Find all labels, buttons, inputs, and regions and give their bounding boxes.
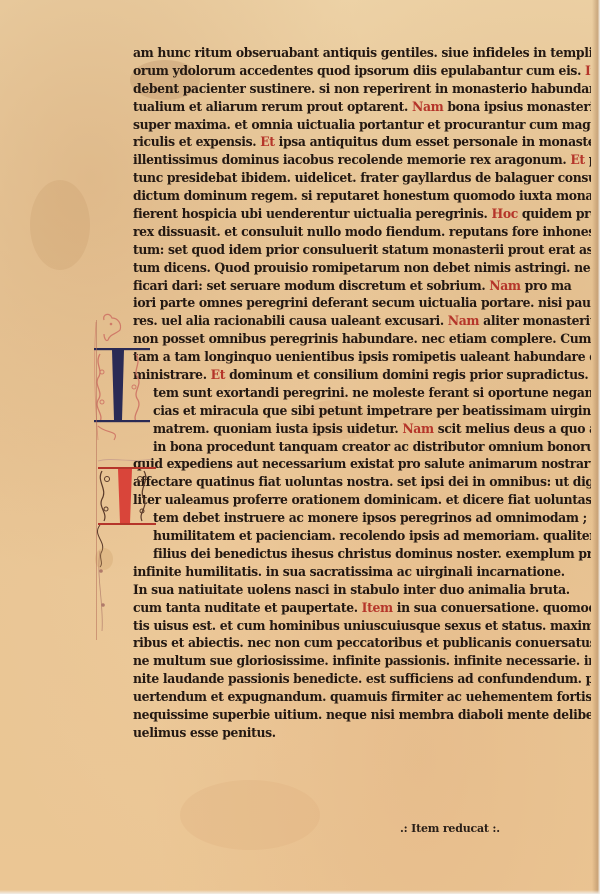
word: dominus bbox=[222, 152, 283, 168]
word: nite bbox=[133, 671, 163, 687]
text-line: tem sunt exortandi peregrini. ne moleste… bbox=[133, 383, 591, 402]
text-line: super maxima. et omnia uictualia portant… bbox=[133, 115, 591, 134]
word: peregrini. bbox=[283, 385, 352, 401]
word: omnimodam bbox=[496, 510, 583, 526]
word: animarum bbox=[468, 456, 541, 472]
word: monere bbox=[308, 510, 363, 526]
word: prebuit bbox=[578, 546, 591, 562]
word: ad bbox=[443, 528, 463, 544]
word: tam bbox=[174, 349, 204, 365]
word: habundare. bbox=[342, 331, 422, 347]
word: ualeant bbox=[460, 349, 514, 365]
word: tunc bbox=[133, 170, 167, 186]
word: distributor bbox=[413, 438, 489, 454]
word: debet bbox=[433, 259, 474, 275]
word: et bbox=[220, 617, 237, 633]
word: inter bbox=[403, 581, 439, 597]
word: creator bbox=[342, 438, 394, 454]
word: uoluntas bbox=[285, 474, 347, 490]
word: in bbox=[522, 134, 539, 150]
word: pacienciam. bbox=[256, 528, 340, 544]
word: aliter bbox=[483, 313, 522, 329]
word: quomodo bbox=[543, 599, 591, 615]
word: fiat bbox=[508, 492, 534, 508]
word: portantur bbox=[359, 116, 427, 132]
word: monasterium bbox=[556, 188, 591, 204]
word: ribus bbox=[133, 635, 171, 651]
text-line: riculis et expensis. Et ipsa antiquitus … bbox=[133, 133, 591, 152]
word: cum bbox=[529, 116, 562, 132]
word: et bbox=[410, 277, 427, 293]
word: paupe bbox=[566, 295, 591, 311]
word: personale bbox=[453, 134, 522, 150]
word: portare. bbox=[481, 295, 538, 311]
word: conuersatione. bbox=[441, 599, 543, 615]
word: et bbox=[179, 134, 196, 150]
word: idem bbox=[229, 241, 266, 257]
word: gentiles. bbox=[381, 45, 442, 61]
word: nisi bbox=[371, 707, 399, 723]
word: monasterio. bbox=[539, 134, 591, 150]
catchword: .: Item reducat :. bbox=[400, 822, 500, 835]
word: nec bbox=[574, 259, 591, 275]
word: optarent. bbox=[347, 98, 412, 114]
word: et bbox=[427, 116, 444, 132]
word: sunt bbox=[183, 385, 216, 401]
word: aragonum. bbox=[495, 152, 571, 168]
word: et bbox=[189, 98, 206, 114]
word: tem bbox=[153, 385, 183, 401]
word: consilium bbox=[313, 367, 382, 383]
word: omnium bbox=[488, 438, 547, 454]
word: diaboli bbox=[458, 707, 507, 723]
text-line: In sua natiuitate uolens nasci in stabul… bbox=[133, 580, 591, 599]
word: alia bbox=[186, 313, 214, 329]
word: antiquis bbox=[323, 45, 381, 61]
text-line: filius dei benedictus ihesus christus do… bbox=[133, 544, 591, 563]
word: fiat bbox=[258, 474, 284, 490]
word: dari: bbox=[172, 277, 207, 293]
text-line: tem debet instruere ac monere ipsos pere… bbox=[133, 509, 591, 528]
word: salute bbox=[424, 456, 468, 472]
text-line: nequissime superbie uitium. neque nisi m… bbox=[133, 706, 591, 725]
word: set bbox=[206, 277, 230, 293]
word: dum bbox=[382, 134, 416, 150]
text-line: liter ualeamus proferre orationem domini… bbox=[133, 491, 591, 510]
word: ac bbox=[394, 438, 413, 454]
word: fore bbox=[512, 224, 543, 240]
text-line: illentissimus dominus iacobus recolende … bbox=[133, 151, 591, 170]
word: diis bbox=[413, 62, 441, 78]
word: omnibus bbox=[209, 331, 270, 347]
word: et bbox=[171, 635, 188, 651]
word: ipsis bbox=[358, 349, 392, 365]
word: infinite bbox=[454, 653, 506, 669]
word: romipetis bbox=[392, 349, 459, 365]
word: longinquo bbox=[204, 349, 275, 365]
parchment-stain bbox=[180, 780, 320, 850]
word: infinite bbox=[332, 653, 384, 669]
word: peccatoribus bbox=[337, 635, 426, 651]
word: uenderentur bbox=[266, 206, 353, 222]
word: si bbox=[301, 188, 316, 204]
rubricated-word: Et bbox=[570, 152, 588, 168]
word: expediens bbox=[167, 456, 237, 472]
word: eisdem bbox=[589, 349, 591, 365]
word: nimis bbox=[474, 259, 515, 275]
word: aut bbox=[236, 456, 262, 472]
rubricated-word: Et bbox=[211, 367, 229, 383]
word: benedictus bbox=[214, 546, 291, 562]
rubricated-word: Et bbox=[260, 134, 278, 150]
word: ihesus bbox=[291, 546, 337, 562]
word: beatissimam bbox=[462, 402, 550, 418]
word: nec bbox=[247, 635, 274, 651]
word: quamuis bbox=[330, 689, 391, 705]
word: laudande bbox=[163, 671, 228, 687]
word: ipsi bbox=[421, 474, 449, 490]
word: excusari. bbox=[385, 313, 448, 329]
word: tum: bbox=[133, 241, 168, 257]
decorated-initial-red bbox=[92, 455, 162, 635]
word: omnia bbox=[251, 116, 296, 132]
word: prior bbox=[589, 152, 591, 168]
word: publicanis bbox=[443, 635, 515, 651]
word: sua bbox=[283, 563, 310, 579]
word: supradictus. bbox=[506, 367, 591, 383]
word: ; bbox=[583, 510, 587, 526]
word: ferant bbox=[429, 385, 473, 401]
word: si bbox=[473, 385, 488, 401]
word: uolens bbox=[247, 581, 295, 597]
word: consuluit bbox=[241, 224, 307, 240]
word: quod bbox=[191, 241, 228, 257]
text-line: tunc presidebat ibidem. uidelicet. frate… bbox=[133, 169, 591, 188]
word: matrem. bbox=[153, 420, 213, 436]
word: ac bbox=[397, 563, 416, 579]
word: ipsos bbox=[362, 510, 400, 526]
word: regis bbox=[433, 367, 470, 383]
word: esse bbox=[190, 724, 222, 740]
word: fortissime bbox=[557, 689, 591, 705]
word: inhonestum bbox=[542, 224, 591, 240]
word: ipsis bbox=[312, 420, 346, 436]
text-line: affectare quatinus fiat uoluntas nostra.… bbox=[133, 473, 591, 492]
word: dictum bbox=[133, 188, 184, 204]
word: de bbox=[475, 170, 495, 186]
word: ritum bbox=[195, 45, 236, 61]
text-line: infinite humilitatis. in sua sacratissim… bbox=[133, 562, 591, 581]
word: posset bbox=[162, 331, 208, 347]
word: moleste bbox=[372, 385, 428, 401]
word: procedunt bbox=[207, 438, 279, 454]
page-edge bbox=[592, 0, 600, 894]
word: in bbox=[266, 563, 283, 579]
text-line: res. uel alia racionabili causa ualeant … bbox=[133, 312, 591, 331]
word: in bbox=[533, 45, 550, 61]
word: memorie bbox=[407, 152, 470, 168]
word: ad bbox=[476, 510, 496, 526]
text-column: am hunc ritum obseruabant antiquis genti… bbox=[133, 44, 591, 742]
word: est. bbox=[192, 617, 219, 633]
word: esset bbox=[415, 134, 453, 150]
text-line: am hunc ritum obseruabant antiquis genti… bbox=[133, 44, 591, 63]
word: recolende bbox=[338, 152, 407, 168]
word: set bbox=[168, 241, 192, 257]
word: discretum bbox=[339, 277, 410, 293]
word: balaguer bbox=[495, 170, 558, 186]
word: dissuasit. bbox=[158, 224, 225, 240]
word: uidelicet. bbox=[295, 170, 361, 186]
word: sexus bbox=[444, 617, 484, 633]
decorated-initial-blue bbox=[92, 312, 154, 442]
word: uenientibus bbox=[275, 349, 358, 365]
text-line: ministrare. Et dominum et consilium domi… bbox=[133, 366, 591, 385]
word: causa bbox=[289, 313, 331, 329]
word: natiuitate bbox=[178, 581, 247, 597]
word: iacobus bbox=[283, 152, 338, 168]
word: monasterii bbox=[527, 98, 591, 114]
word: sua bbox=[414, 599, 441, 615]
word: ipsorum bbox=[354, 62, 413, 78]
word: ut bbox=[555, 474, 573, 490]
rubricated-word: Nam bbox=[412, 98, 447, 114]
word: existat bbox=[350, 456, 398, 472]
text-line: rex dissuasit. et consuluit nullo modo f… bbox=[133, 222, 591, 241]
word: templis bbox=[550, 45, 591, 61]
word: uirginem bbox=[550, 402, 591, 418]
flourish-icon bbox=[92, 455, 162, 635]
word: nuditate bbox=[204, 599, 264, 615]
word: cum bbox=[237, 617, 270, 633]
word: non bbox=[404, 259, 433, 275]
word: monasterio bbox=[452, 80, 531, 96]
word: modo bbox=[345, 224, 386, 240]
word: uehementem bbox=[466, 689, 557, 705]
word: hominibus bbox=[269, 617, 343, 633]
word: peregrinis bbox=[270, 331, 342, 347]
word: et bbox=[224, 224, 241, 240]
text-line: tualium et aliarum rerum prout optarent.… bbox=[133, 97, 591, 116]
word: et bbox=[211, 689, 228, 705]
word: set bbox=[397, 474, 421, 490]
word: omnes bbox=[199, 295, 246, 311]
word: deliberata bbox=[553, 707, 591, 723]
word: qualiter bbox=[543, 528, 591, 544]
word: riculis bbox=[133, 134, 179, 150]
word: quatinus bbox=[196, 474, 258, 490]
word: uictualia bbox=[353, 206, 415, 222]
word: ubi bbox=[241, 206, 266, 222]
word: miracula bbox=[200, 402, 263, 418]
word: in bbox=[397, 599, 414, 615]
word: domini bbox=[382, 367, 432, 383]
word: dei bbox=[190, 546, 214, 562]
word: firmiter bbox=[391, 689, 447, 705]
word: ydolorum bbox=[172, 62, 239, 78]
word: deus bbox=[514, 420, 549, 436]
word: astringi. bbox=[515, 259, 574, 275]
text-line: uertendum et expugnandum. quamuis firmit… bbox=[133, 688, 591, 707]
word: uoluntas bbox=[534, 492, 591, 508]
word: superbie bbox=[212, 707, 273, 723]
word: monasterii bbox=[432, 241, 507, 257]
word: ipsa bbox=[279, 134, 310, 150]
word: mente bbox=[507, 707, 553, 723]
word: statum bbox=[382, 241, 432, 257]
word: quo bbox=[560, 420, 589, 436]
word: gayllardus bbox=[402, 170, 475, 186]
word: memoriam. bbox=[463, 528, 543, 544]
text-line: cias et miracula que sibi petunt impetra… bbox=[133, 401, 591, 420]
word: iuxta bbox=[519, 188, 556, 204]
word: maxima. bbox=[174, 116, 234, 132]
word: stabulo bbox=[350, 581, 403, 597]
word: rex bbox=[133, 224, 158, 240]
word: debent bbox=[133, 80, 183, 96]
word: sacratissima bbox=[310, 563, 397, 579]
word: ne bbox=[133, 653, 153, 669]
word: illentissimus bbox=[133, 152, 222, 168]
word: sue bbox=[210, 653, 237, 669]
word: super bbox=[133, 116, 174, 132]
word: uictualia bbox=[419, 295, 481, 311]
word: duo bbox=[439, 581, 468, 597]
word: necessarium bbox=[262, 456, 350, 472]
word: status. bbox=[502, 617, 550, 633]
page-edge bbox=[0, 890, 600, 894]
word: ac bbox=[589, 420, 591, 436]
word: habundanciam bbox=[531, 80, 591, 96]
word: conuersatus bbox=[515, 635, 591, 651]
word: nisi bbox=[538, 295, 566, 311]
word: ad bbox=[457, 671, 477, 687]
word: siue bbox=[441, 45, 472, 61]
rubricated-word: Item bbox=[585, 62, 591, 78]
text-line: ribus et abiectis. nec non cum peccatori… bbox=[133, 634, 591, 653]
word: exortandi bbox=[216, 385, 283, 401]
word: eis. bbox=[559, 62, 585, 78]
text-line: cum tanta nuditate et paupertate. Item i… bbox=[133, 598, 591, 617]
word: nec bbox=[421, 331, 448, 347]
word: consuluerit bbox=[303, 241, 382, 257]
word: prout bbox=[307, 98, 347, 114]
word: multum bbox=[153, 653, 210, 669]
word: fiendum. bbox=[386, 224, 449, 240]
word: incarnatione. bbox=[477, 563, 565, 579]
word: exemplum bbox=[505, 546, 578, 562]
word: racionabili bbox=[214, 313, 289, 329]
word: peregrini bbox=[246, 295, 311, 311]
word: prior bbox=[266, 241, 303, 257]
word: dominus bbox=[395, 546, 456, 562]
word: cum bbox=[304, 635, 337, 651]
word: etiam bbox=[449, 331, 491, 347]
word: necessarie. bbox=[506, 653, 584, 669]
word: a bbox=[549, 420, 561, 436]
word: habundare bbox=[514, 349, 590, 365]
word: rex bbox=[470, 152, 495, 168]
word: tum bbox=[133, 259, 164, 275]
word: ac bbox=[447, 689, 466, 705]
word: dicens. bbox=[164, 259, 215, 275]
word: instruere bbox=[224, 510, 289, 526]
word: honestum bbox=[383, 188, 453, 204]
manuscript-page: am hunc ritum obseruabant antiquis genti… bbox=[0, 0, 600, 894]
word: per bbox=[586, 671, 591, 687]
word: abiectis. bbox=[188, 635, 247, 651]
word: ipsis bbox=[409, 528, 443, 544]
word: ualeant bbox=[331, 313, 385, 329]
word: tanquam bbox=[279, 438, 342, 454]
word: assue bbox=[579, 241, 591, 257]
word: procurantur bbox=[444, 116, 529, 132]
word: quidem bbox=[522, 206, 576, 222]
word: orum bbox=[133, 62, 172, 78]
word: et bbox=[239, 528, 256, 544]
word: paupertate. bbox=[281, 599, 362, 615]
word: Quod bbox=[214, 259, 253, 275]
word: pro bbox=[525, 277, 551, 293]
flourish-icon bbox=[92, 312, 154, 442]
word: Cum bbox=[560, 331, 591, 347]
text-line: matrem. quoniam iusta ipsis uidetur. Nam… bbox=[133, 419, 591, 438]
word: et bbox=[183, 402, 200, 418]
word: humilitatis. bbox=[185, 563, 266, 579]
word: dicere bbox=[463, 492, 508, 508]
word: nasci bbox=[295, 581, 333, 597]
word: per bbox=[436, 402, 462, 418]
word: et bbox=[426, 635, 443, 651]
word: antiquitus bbox=[310, 134, 382, 150]
word: in bbox=[333, 581, 350, 597]
text-line: humilitatem et pacienciam. recolendo ips… bbox=[133, 527, 591, 546]
word: petunt bbox=[319, 402, 367, 418]
word: ac bbox=[289, 510, 308, 526]
rubricated-word: Hoc bbox=[491, 206, 521, 222]
word: aliarum bbox=[206, 98, 262, 114]
word: ibidem. bbox=[241, 170, 295, 186]
rubricated-word: Item bbox=[362, 599, 397, 615]
rubricated-word: Nam bbox=[448, 313, 483, 329]
word: neque bbox=[326, 707, 371, 723]
word: predictus bbox=[576, 206, 591, 222]
word: et bbox=[296, 367, 313, 383]
word: sobrium. bbox=[427, 277, 490, 293]
word: nostrarum: bbox=[541, 456, 591, 472]
word: uelimus bbox=[133, 724, 190, 740]
word: digne bbox=[573, 474, 591, 490]
text-line: iori parte omnes peregrini deferant secu… bbox=[133, 294, 591, 313]
word: frater bbox=[360, 170, 402, 186]
word: penitus. bbox=[222, 724, 275, 740]
word: que bbox=[263, 402, 291, 418]
word: accedentes bbox=[239, 62, 317, 78]
word: dominum bbox=[184, 188, 251, 204]
word: in bbox=[153, 438, 170, 454]
word: debet bbox=[183, 510, 224, 526]
rubricated-word: Nam bbox=[489, 277, 524, 293]
word: non bbox=[334, 80, 363, 96]
word: a bbox=[163, 349, 175, 365]
word: sustinere. bbox=[250, 80, 319, 96]
word: deferant bbox=[312, 295, 372, 311]
word: est bbox=[366, 671, 390, 687]
text-line: ficari dari: set seruare modum discretum… bbox=[133, 276, 591, 295]
word: gloriosissime. bbox=[237, 653, 333, 669]
word: expugnandum. bbox=[228, 689, 331, 705]
text-line: quid expediens aut necessarium existat p… bbox=[133, 455, 591, 474]
